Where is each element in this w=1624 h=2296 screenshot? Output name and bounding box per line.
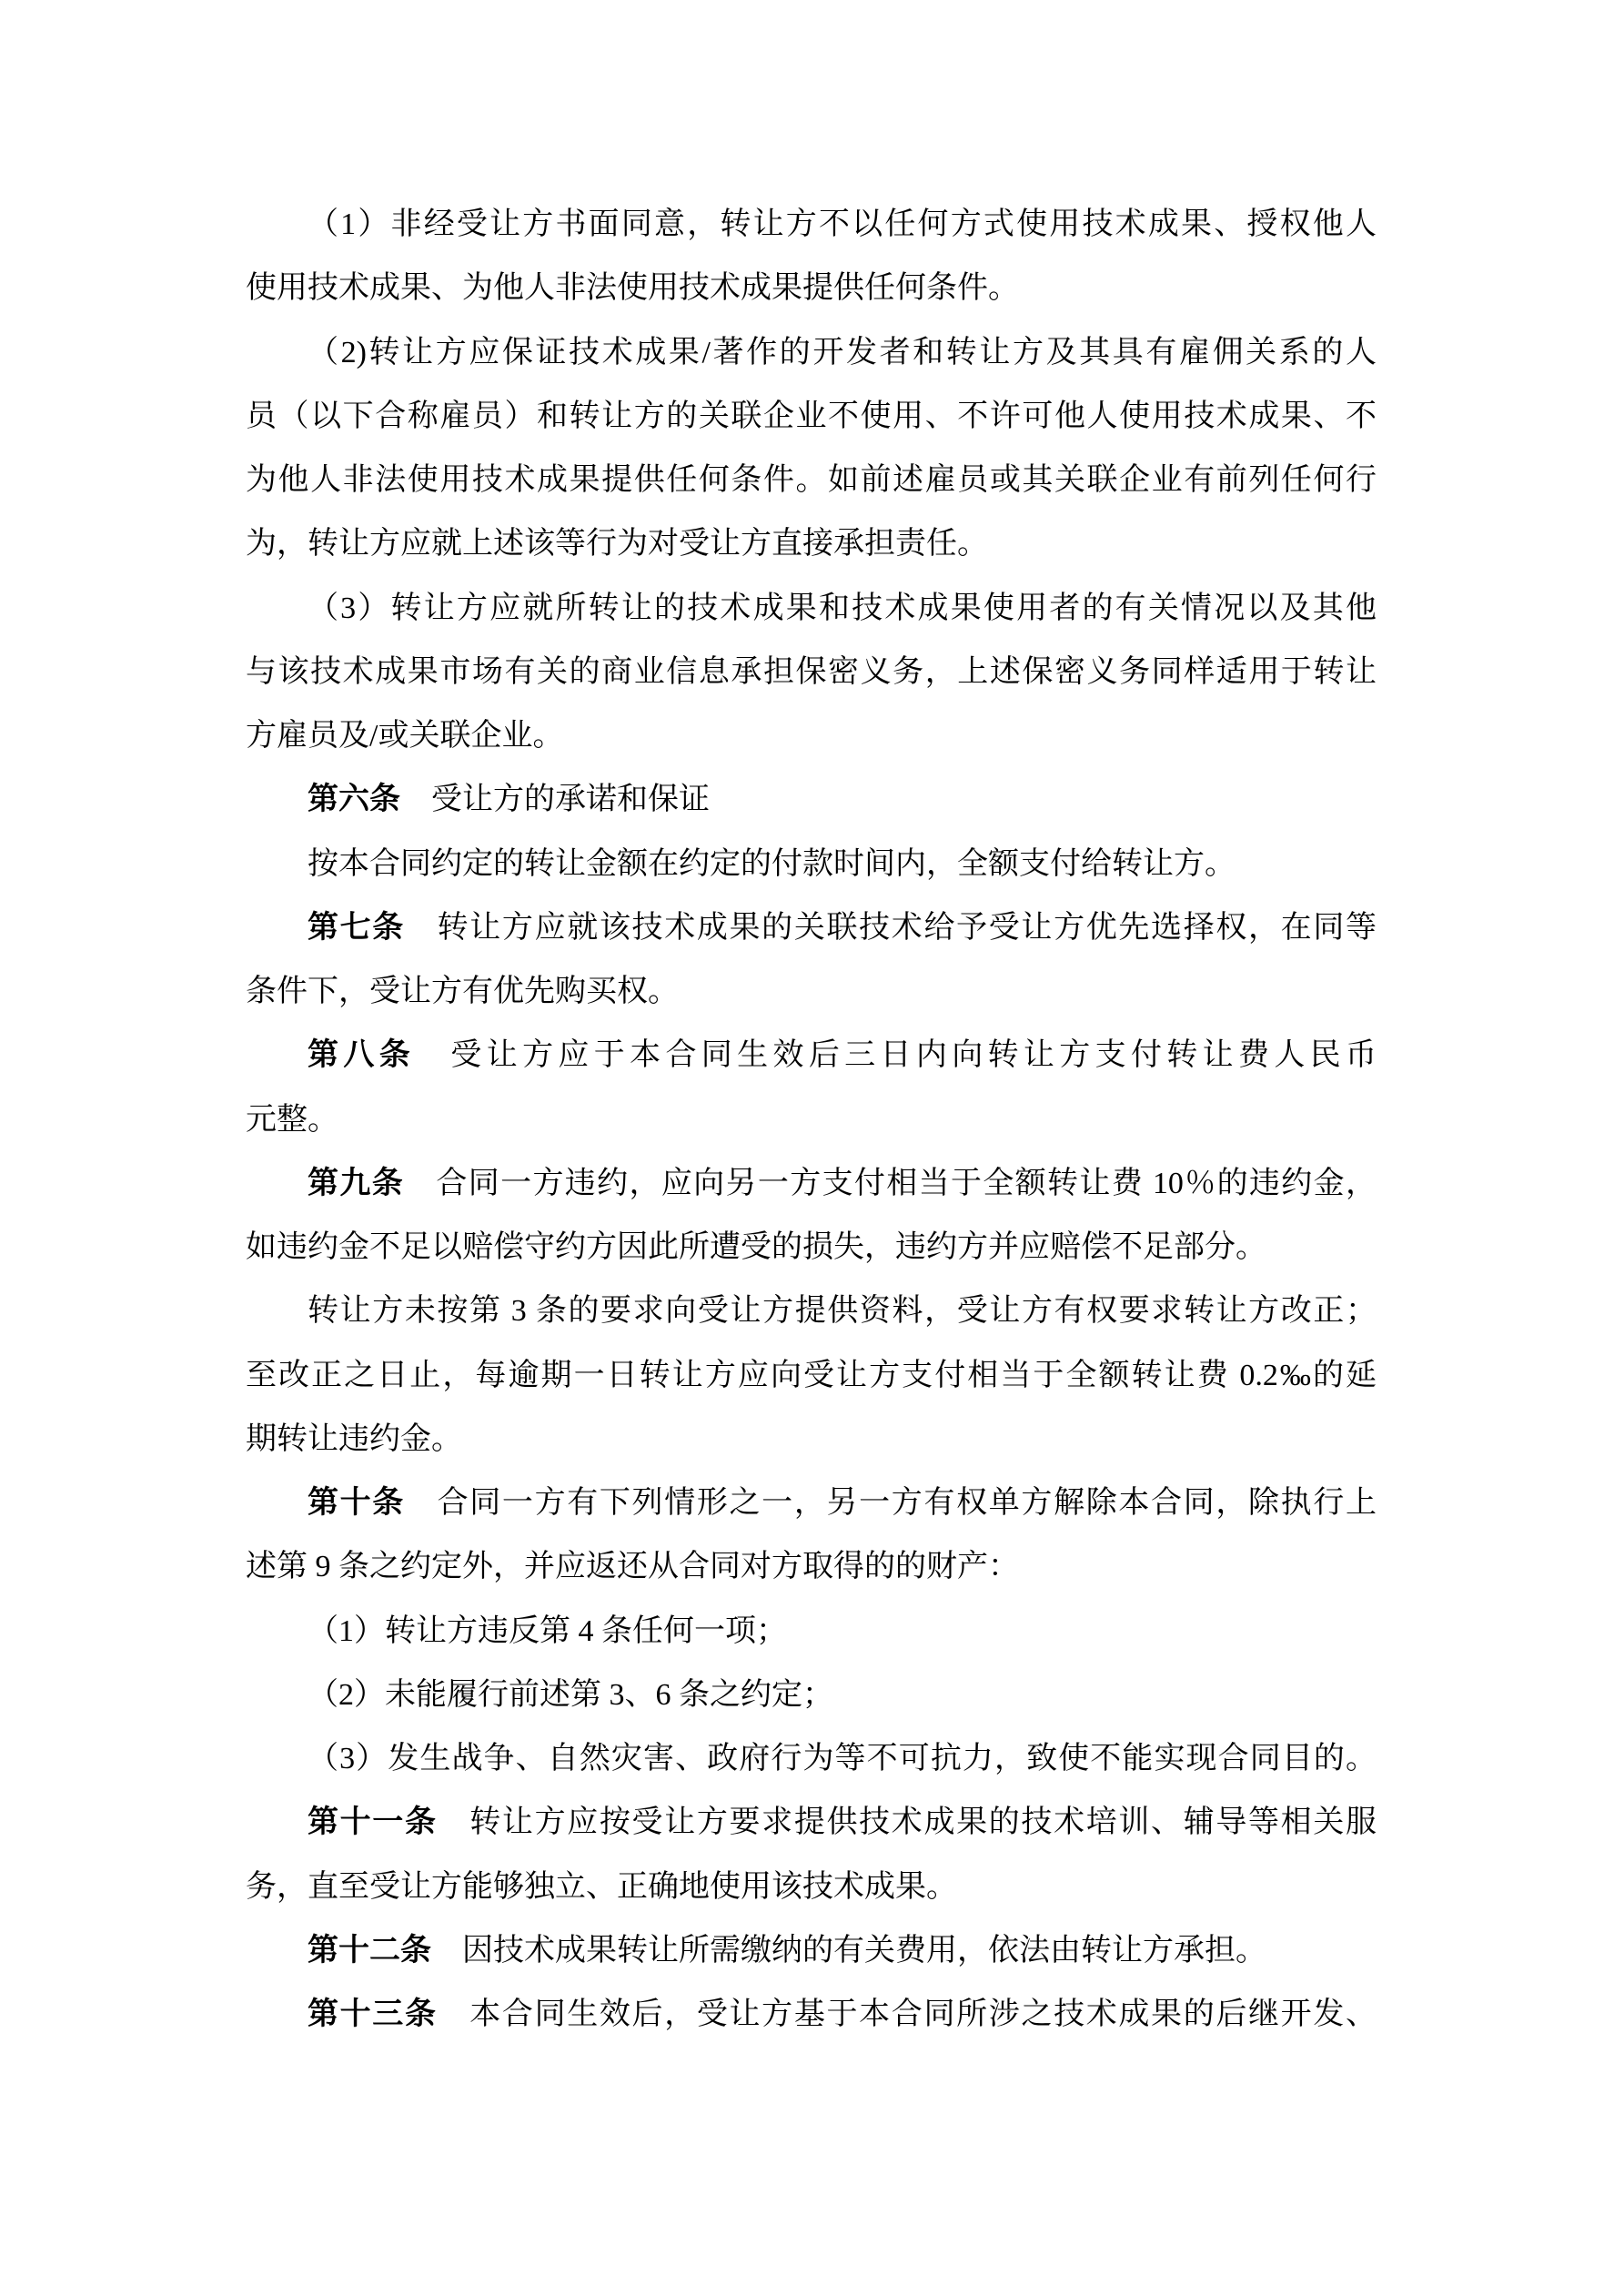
clause-number: 第六条: [308, 783, 400, 816]
clause-number: 第九条: [308, 1167, 404, 1200]
line-text: 转让方应按受让方要求提供技术成果的技术培训、辅导等相关服: [438, 1805, 1377, 1839]
document-line: 述第 9 条之约定外，并应返还从合同对方取得的的财产：: [246, 1535, 1377, 1599]
line-text: 员（以下合称雇员）和转让方的关联企业不使用、不许可他人使用技术成果、不: [246, 400, 1377, 433]
line-text: 条件下，受让方有优先购买权。: [246, 975, 679, 1008]
line-text: 为，转让方应就上述该等行为对受让方直接承担责任。: [246, 527, 988, 561]
line-text: 按本合同约定的转让金额在约定的付款时间内，全额支付给转让方。: [308, 847, 1236, 881]
line-text: 与该技术成果市场有关的商业信息承担保密义务，上述保密义务同样适用于转让: [246, 655, 1377, 689]
line-text: （3）转让方应就所转让的技术成果和技术成果使用者的有关情况以及其他: [308, 592, 1377, 625]
document-line: 按本合同约定的转让金额在约定的付款时间内，全额支付给转让方。: [246, 833, 1377, 896]
line-text: 受让方应于本合同生效后三日内向转让方支付转让费人民币: [415, 1038, 1377, 1072]
document-line: 转让方未按第 3 条的要求向受让方提供资料，受让方有权要求转让方改正；: [246, 1279, 1377, 1343]
document-line: 第十三条 本合同生效后，受让方基于本合同所涉之技术成果的后继开发、: [246, 1983, 1377, 2047]
clause-number: 第十三条: [308, 1998, 438, 2031]
line-text: 元整。: [246, 1103, 338, 1137]
clause-number: 第八条: [308, 1038, 415, 1072]
line-text: （2）未能履行前述第 3、6 条之约定；: [308, 1678, 833, 1712]
document-line: 为，转让方应就上述该等行为对受让方直接承担责任。: [246, 512, 1377, 576]
document-line: 使用技术成果、为他人非法使用技术成果提供任何条件。: [246, 257, 1377, 320]
line-text: 使用技术成果、为他人非法使用技术成果提供任何条件。: [246, 271, 1019, 305]
line-text: 因技术成果转让所需缴纳的有关费用，依法由转让方承担。: [431, 1934, 1266, 1967]
line-text: 期转让违约金。: [246, 1422, 462, 1456]
document-line: 第八条 受让方应于本合同生效后三日内向转让方支付转让费人民币: [246, 1024, 1377, 1087]
document-line: 为他人非法使用技术成果提供任何条件。如前述雇员或其关联企业有前列任何行: [246, 449, 1377, 512]
line-text: 述第 9 条之约定外，并应返还从合同对方取得的的财产：: [246, 1550, 1019, 1583]
line-text: 为他人非法使用技术成果提供任何条件。如前述雇员或其关联企业有前列任何行: [246, 463, 1377, 497]
document-line: 第十条 合同一方有下列情形之一，另一方有权单方解除本合同，除执行上: [246, 1472, 1377, 1535]
document-line: 第九条 合同一方违约，应向另一方支付相当于全额转让费 10％的违约金，: [246, 1152, 1377, 1216]
document-line: 第六条 受让方的承诺和保证: [246, 768, 1377, 832]
clause-number: 第十一条: [308, 1805, 438, 1839]
document-line: （1）转让方违反第 4 条任何一项；: [246, 1600, 1377, 1664]
document-line: 第七条 转让方应就该技术成果的关联技术给予受让方优先选择权，在同等: [246, 896, 1377, 960]
document-line: 方雇员及/或关联企业。: [246, 704, 1377, 768]
document-line: （3）发生战争、自然灾害、政府行为等不可抗力，致使不能实现合同目的。: [246, 1727, 1377, 1791]
document-page: （1）非经受让方书面同意，转让方不以任何方式使用技术成果、授权他人使用技术成果、…: [0, 0, 1624, 2296]
document-line: 员（以下合称雇员）和转让方的关联企业不使用、不许可他人使用技术成果、不: [246, 385, 1377, 449]
line-text: 受让方的承诺和保证: [400, 783, 710, 816]
line-text: （3）发生战争、自然灾害、政府行为等不可抗力，致使不能实现合同目的。: [308, 1742, 1377, 1775]
clause-number: 第十二条: [308, 1934, 431, 1967]
document-line: 第十二条 因技术成果转让所需缴纳的有关费用，依法由转让方承担。: [246, 1919, 1377, 1983]
clause-number: 第七条: [308, 911, 405, 945]
document-line: 第十一条 转让方应按受让方要求提供技术成果的技术培训、辅导等相关服: [246, 1791, 1377, 1855]
line-text: 务，直至受让方能够独立、正确地使用该技术成果。: [246, 1870, 957, 1904]
line-text: 转让方应就该技术成果的关联技术给予受让方优先选择权，在同等: [405, 911, 1377, 945]
clause-number: 第十条: [308, 1486, 405, 1520]
line-text: 合同一方违约，应向另一方支付相当于全额转让费 10％的违约金，: [404, 1167, 1377, 1200]
line-text: 至改正之日止，每逾期一日转让方应向受让方支付相当于全额转让费 0.2‰的延: [246, 1359, 1377, 1392]
document-line: 与该技术成果市场有关的商业信息承担保密义务，上述保密义务同样适用于转让: [246, 641, 1377, 704]
line-text: 转让方未按第 3 条的要求向受让方提供资料，受让方有权要求转让方改正；: [308, 1294, 1377, 1328]
document-line: （1）非经受让方书面同意，转让方不以任何方式使用技术成果、授权他人: [246, 193, 1377, 257]
document-line: （2）未能履行前述第 3、6 条之约定；: [246, 1664, 1377, 1727]
document-line: 务，直至受让方能够独立、正确地使用该技术成果。: [246, 1856, 1377, 1919]
document-line: （2)转让方应保证技术成果/著作的开发者和转让方及其具有雇佣关系的人: [246, 321, 1377, 385]
line-text: 如违约金不足以赔偿守约方因此所遭受的损失，违约方并应赔偿不足部分。: [246, 1230, 1266, 1264]
line-text: 合同一方有下列情形之一，另一方有权单方解除本合同，除执行上: [405, 1486, 1377, 1520]
document-line: 元整。: [246, 1088, 1377, 1152]
document-line: （3）转让方应就所转让的技术成果和技术成果使用者的有关情况以及其他: [246, 577, 1377, 641]
document-line: 期转让违约金。: [246, 1408, 1377, 1472]
line-text: （1）非经受让方书面同意，转让方不以任何方式使用技术成果、授权他人: [308, 207, 1377, 241]
line-text: 本合同生效后，受让方基于本合同所涉之技术成果的后继开发、: [438, 1998, 1377, 2031]
line-text: 方雇员及/或关联企业。: [246, 719, 563, 753]
document-line: 条件下，受让方有优先购买权。: [246, 960, 1377, 1024]
line-text: （1）转让方违反第 4 条任何一项；: [308, 1614, 787, 1648]
document-line: 如违约金不足以赔偿守约方因此所遭受的损失，违约方并应赔偿不足部分。: [246, 1216, 1377, 1279]
scanned-document: { "page": { "background_color": "#ffffff…: [0, 0, 1624, 2296]
document-line: 至改正之日止，每逾期一日转让方应向受让方支付相当于全额转让费 0.2‰的延: [246, 1344, 1377, 1408]
line-text: （2)转让方应保证技术成果/著作的开发者和转让方及其具有雇佣关系的人: [308, 336, 1377, 369]
